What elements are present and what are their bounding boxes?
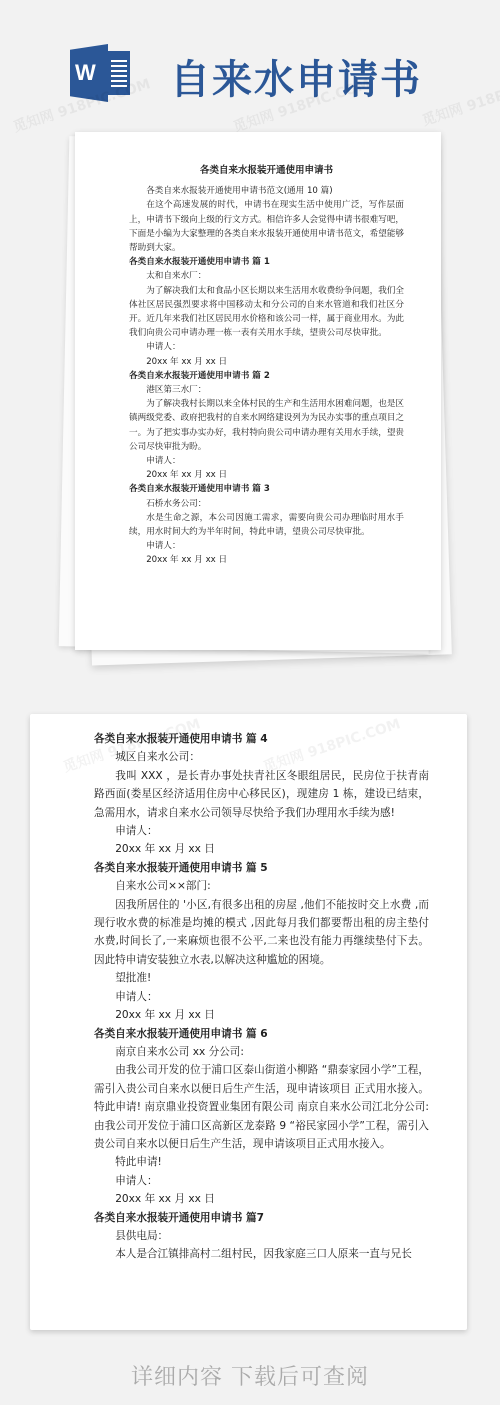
document-title: 各类自来水报装开通使用申请书 [129, 164, 404, 178]
intro-paragraph: 在这个高速发展的时代，申请书在现实生活中使用广泛，写作层面上，申请书下级向上级的… [129, 198, 404, 255]
section-date: 20xx 年 xx 月 xx 日 [129, 355, 404, 369]
document-subtitle: 各类自来水报装开通使用申请书范文(通用 10 篇) [129, 184, 404, 198]
section-recipient: 太和自来水厂： [129, 269, 404, 283]
word-document-icon: W [70, 44, 134, 102]
section-applicant: 申请人： [129, 340, 404, 354]
section-heading: 各类自来水报装开通使用申请书 篇 6 [94, 1025, 429, 1043]
section-body: 为了解决我村长期以来全体村民的生产和生活用水困难问题，也是区镇两级党委、政府把我… [129, 397, 404, 454]
section-applicant: 申请人： [94, 822, 429, 840]
word-icon-letter: W [75, 60, 96, 86]
section-applicant: 申请人： [94, 1172, 429, 1190]
section-body: 水是生命之源，本公司因施工需求，需要向贵公司办理临时用水手续，用水时间大约为半年… [129, 511, 404, 539]
section-recipient: 城区自来水公司： [94, 748, 429, 766]
section-recipient: 石桥水务公司： [129, 497, 404, 511]
section-applicant: 申请人： [129, 454, 404, 468]
section-heading: 各类自来水报装开通使用申请书 篇 4 [94, 730, 429, 748]
section-heading: 各类自来水报装开通使用申请书 篇 3 [129, 482, 404, 496]
section-heading: 各类自来水报装开通使用申请书 篇 1 [129, 255, 404, 269]
section-closing: 望批准! [94, 969, 429, 987]
document-page-2: 各类自来水报装开通使用申请书 篇 4 城区自来水公司： 我叫 XXX ，是长青办… [30, 714, 467, 1330]
download-hint: 详细内容 下载后可查阅 [0, 1360, 500, 1391]
section-body: 因我所居住的 '小区,有很多出租的房屋 ,他们不能按时交上水费 ,而现行收水费的… [94, 896, 429, 970]
section-closing: 特此申请! [94, 1153, 429, 1171]
section-applicant: 申请人： [129, 539, 404, 553]
document-page-1: 各类自来水报装开通使用申请书 各类自来水报装开通使用申请书范文(通用 10 篇)… [75, 132, 441, 650]
page-title: 自来水申请书 [170, 48, 422, 105]
section-date: 20xx 年 xx 月 xx 日 [129, 468, 404, 482]
section-applicant: 申请人： [94, 988, 429, 1006]
header: W 自来水申请书 [0, 0, 500, 125]
section-heading: 各类自来水报装开通使用申请书 篇 5 [94, 859, 429, 877]
section-date: 20xx 年 xx 月 xx 日 [129, 553, 404, 567]
section-date: 20xx 年 xx 月 xx 日 [94, 1190, 429, 1208]
section-recipient: 南京自来水公司 xx 分公司: [94, 1043, 429, 1061]
section-body: 我叫 XXX ，是长青办事处扶青社区冬眼组居民，民房位于扶青南路西面(娄星区经济… [94, 767, 429, 822]
section-recipient: 自来水公司××部门: [94, 877, 429, 895]
section-body: 为了解决我们太和食品小区长期以来生活用水收费纷争问题，我们全体社区居民强烈要求将… [129, 284, 404, 341]
section-recipient: 港区第三水厂： [129, 383, 404, 397]
section-heading: 各类自来水报装开通使用申请书 篇7 [94, 1209, 429, 1227]
section-body: 本人是合江镇排高村二组村民，因我家庭三口人原来一直与兄长 [94, 1245, 429, 1263]
section-recipient: 县供电局： [94, 1227, 429, 1245]
section-heading: 各类自来水报装开通使用申请书 篇 2 [129, 369, 404, 383]
section-date: 20xx 年 xx 月 xx 日 [94, 840, 429, 858]
section-body: 由我公司开发的位于浦口区泰山街道小柳路 “鼎泰家园小学”工程，需引入贵公司自来水… [94, 1061, 429, 1153]
section-date: 20xx 年 xx 月 xx 日 [94, 1006, 429, 1024]
